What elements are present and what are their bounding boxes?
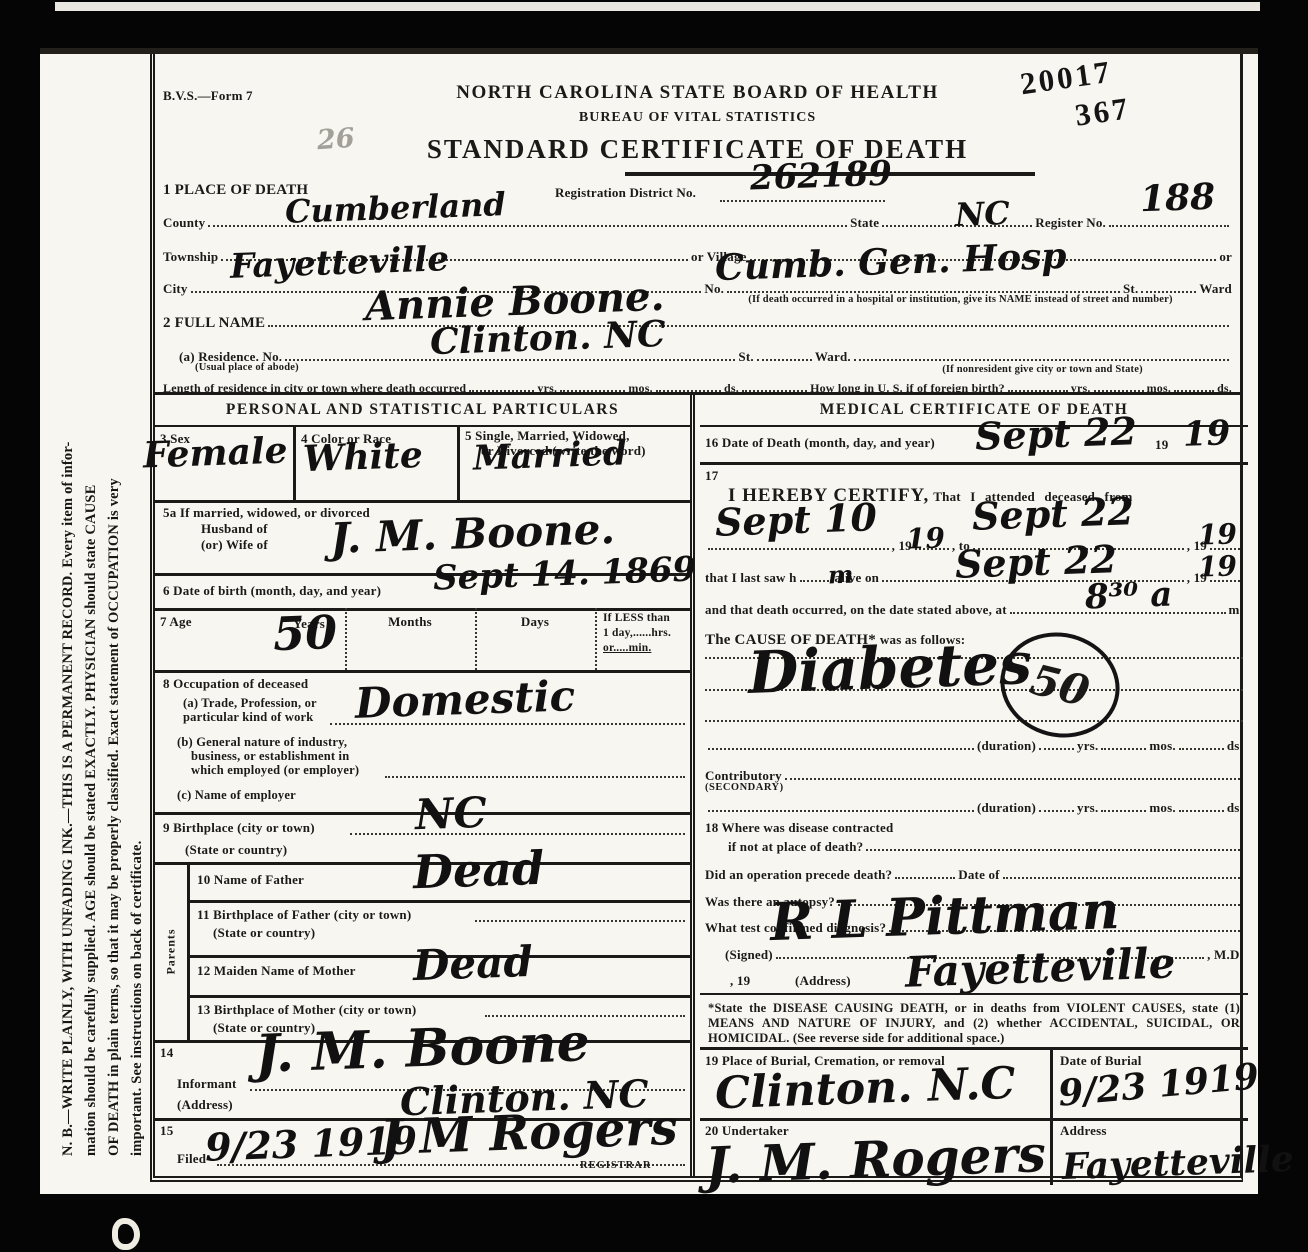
rule [700,462,1248,465]
if-less-label-2: 1 day,......hrs. [603,627,671,639]
disease-contracted-label-2: if not at place of death? [728,839,863,855]
dotted-leader [1039,735,1074,750]
township-label: Township [163,249,218,265]
hw-time-of-death: 8³⁰ a [1084,577,1172,614]
residence-ward-label: Ward. [815,349,851,365]
parents-label-box: Parents [155,862,187,1040]
hw-attended-to: Sept 22 [971,492,1134,536]
dotted-leader [800,567,832,582]
dotted-leader [1141,278,1196,293]
death-occurred-label: and that death occurred, on the date sta… [705,602,1007,618]
rule [187,995,690,998]
cell-divider [293,425,296,500]
state-label: State [850,215,879,231]
certificate-paper: N. B.—WRITE PLAINLY, WITH UNFADING INK.—… [40,48,1258,1194]
physician-address-label: (Address) [795,973,851,989]
dotted-leader [866,836,1240,851]
parents-label: Parents [164,928,179,974]
mos-label: mos. [1149,738,1175,754]
burial-cell-divider [1050,1047,1053,1185]
informant-address-label: (Address) [177,1097,233,1113]
occ-a-label-1: (a) Trade, Profession, or [183,696,317,711]
ds-label: ds. [1227,800,1243,816]
full-name-label: 2 FULL NAME [163,315,265,332]
hw-date-of-death-year: 19 [1182,416,1230,452]
dob-label: 6 Date of birth (month, day, and year) [163,583,381,599]
dotted-leader [708,735,974,750]
yrs-label: yrs. [1077,800,1098,816]
dotted-leader [1179,797,1224,812]
printed-19: 19 [1155,437,1168,453]
dotted-leader [757,346,812,361]
dotted-leader [705,720,1243,722]
dotted-leader [560,380,625,392]
dotted-leader [742,380,807,392]
ds-label: ds. [1227,738,1243,754]
hw-mother-name: Dead [412,941,533,987]
occ-b-label-1: (b) General nature of industry, [177,735,347,750]
certificate-form: B.V.S.—Form 7 NORTH CAROLINA STATE BOARD… [150,54,1243,1182]
rule [700,993,1248,995]
cell-divider [595,608,597,670]
mother-name-label: 12 Maiden Name of Mother [197,963,356,979]
scan-artifact-blob [112,1218,140,1250]
rule [155,500,690,503]
hw-residence: Clinton. NC [429,316,666,360]
dotted-leader [385,776,685,778]
item-17-number: 17 [705,468,718,484]
bureau-title: BUREAU OF VITAL STATISTICS [155,110,1240,126]
dotted-leader [895,864,955,879]
duration-label: (duration) [977,738,1036,754]
hw-last-saw-year: 19 [1198,552,1238,581]
hw-date-of-death: Sept 22 [974,412,1137,456]
cause-footnote: *State the DISEASE CAUSING DEATH, or in … [708,1001,1240,1046]
hw-undertaker: J. M. Rogers [704,1129,1046,1191]
pencil-annotation: 26 [316,123,356,157]
rule [700,1118,1248,1121]
dotted-leader [854,346,1229,361]
wife-of-label: (or) Wife of [201,537,268,553]
hw-race: White [302,437,423,477]
if-less-label-3: or.....min. [603,642,651,654]
occ-a-label-2: particular kind of work [183,710,313,725]
signed-label: (Signed) [725,947,773,963]
mos-label: mos. [1149,800,1175,816]
dotted-leader [1101,735,1146,750]
rule [187,900,690,903]
dotted-leader [720,200,885,202]
margin-note-line: N. B.—WRITE PLAINLY, WITH UNFADING INK.—… [57,96,80,1156]
age-label: 7 Age [160,614,192,630]
dotted-leader [1003,864,1240,879]
personal-column-header: PERSONAL AND STATISTICAL PARTICULARS [155,401,690,419]
parents-bracket-line [187,862,190,1040]
yrs-label: yrs. [1077,738,1098,754]
occupation-label: 8 Occupation of deceased [163,676,308,692]
dotted-leader [1101,797,1146,812]
informant-label: Informant [177,1076,237,1092]
board-title: NORTH CAROLINA STATE BOARD OF HEALTH [155,82,1240,104]
address-year-prefix: , 19 [730,973,750,989]
register-no-label: Register No. [1035,215,1106,231]
hw-attended-to-year: 19 [1198,520,1238,549]
hw-physician-signature: R L Pittman [769,885,1120,949]
father-birthplace-label: 11 Birthplace of Father (city or town) [197,907,411,923]
hw-father-name: Dead [412,845,545,896]
hw-registrar-signature: J M Rogers [379,1104,678,1162]
occ-b-label-2: business, or establishment in [191,749,349,764]
cell-divider [457,425,460,500]
rule [155,608,690,611]
husband-of-label: Husband of [201,521,268,537]
hw-burial-place: Clinton. N.C [714,1062,1016,1116]
dotted-leader [1008,380,1068,392]
father-birthplace-state-label: (State or country) [213,925,315,941]
hw-occupation: Domestic [354,675,576,725]
secondary-label: (SECONDARY) [705,782,784,793]
registration-district-label: Registration District No. [555,185,696,201]
rule [155,670,690,673]
hw-attended-from-year: 19 [906,524,946,553]
dotted-leader [1039,797,1074,812]
item-14-number: 14 [160,1045,173,1061]
hw-register-no: 188 [1139,179,1215,218]
dotted-leader [656,380,721,392]
dotted-leader [469,380,534,392]
columns: PERSONAL AND STATISTICAL PARTICULARS 3 S… [155,392,1240,1176]
dotted-leader [350,833,685,835]
date-of-death-label: 16 Date of Death (month, day, and year) [705,435,935,451]
duration-label: (duration) [977,800,1036,816]
margin-instructions: N. B.—WRITE PLAINLY, WITH UNFADING INK.—… [57,96,153,1156]
rule [155,425,690,427]
filed-label: Filed [177,1151,206,1167]
personal-column: PERSONAL AND STATISTICAL PARTICULARS 3 S… [155,395,695,1176]
if-less-label-1: If LESS than [603,612,670,624]
hw-informant: J. M. Boone [254,1017,590,1081]
m-label: m. [1229,602,1243,618]
nonresident-note: (If nonresident give city or town and St… [855,364,1230,375]
undertaker-address-label: Address [1060,1123,1107,1139]
margin-note-line: important. See instructions on back of c… [126,96,149,1156]
hw-age: 50 [272,609,338,657]
hw-dob: Sept 14. 1869 [432,552,696,595]
birthplace-state-label: (State or country) [185,842,287,858]
birthplace-label: 9 Birthplace (city or town) [163,820,315,836]
date-of-label: Date of [958,867,999,883]
father-name-label: 10 Name of Father [197,872,304,888]
months-label: Months [345,614,475,630]
county-label: County [163,215,205,231]
abode-note: (Usual place of abode) [195,362,299,373]
registrar-label: REGISTRAR [580,1160,651,1171]
dotted-leader [1179,735,1224,750]
hw-saw-blank: m [828,563,854,588]
hw-marital: Married [472,436,627,475]
dotted-leader [1174,380,1214,392]
days-label: Days [475,614,595,630]
city-label: City [163,281,188,297]
dotted-leader [785,765,1240,780]
dotted-leader [1094,380,1144,392]
last-saw-label: that I last saw h [705,570,797,586]
md-label: , M.D. [1207,947,1243,963]
operation-label: Did an operation precede death? [705,867,892,883]
occ-b-label-3: which employed (or employer) [191,763,359,778]
hw-birthplace: NC [414,792,487,836]
medical-column: MEDICAL CERTIFICATE OF DEATH 16 Date of … [700,395,1248,1176]
item-15-number: 15 [160,1123,173,1139]
margin-note-line: mation should be carefully supplied. AGE… [80,96,103,1156]
hw-attended-from: Sept 10 [714,498,877,542]
or-label: or [1219,249,1232,265]
disease-contracted-label: 18 Where was disease contracted [705,820,893,836]
hw-physician-address: Fayetteville [904,942,1176,993]
residence-st-label: St. [738,349,753,365]
rule [700,1047,1248,1050]
hw-county: Cumberland [285,188,507,228]
hw-undertaker-address: Fayetteville [1061,1141,1294,1185]
hw-sex: Female [142,432,288,473]
hw-cause-of-death: Diabetes [747,634,1033,702]
hw-city: Fayetteville [229,242,449,284]
hw-registration-district: 262189 [749,157,892,196]
margin-note-line: OF DEATH in plain terms, so that it may … [103,96,126,1156]
hw-spouse: J. M. Boone. [329,508,615,560]
dotted-leader [475,920,685,922]
mother-birthplace-label: 13 Birthplace of Mother (city or town) [197,1002,416,1018]
hospital-note: (If death occurred in a hospital or inst… [685,294,1236,305]
dotted-leader [708,797,974,812]
occ-c-label: (c) Name of employer [177,788,296,803]
scanned-death-certificate: N. B.—WRITE PLAINLY, WITH UNFADING INK.—… [0,0,1308,1252]
hw-state: NC [954,197,1010,231]
scan-top-edge [55,2,1260,11]
